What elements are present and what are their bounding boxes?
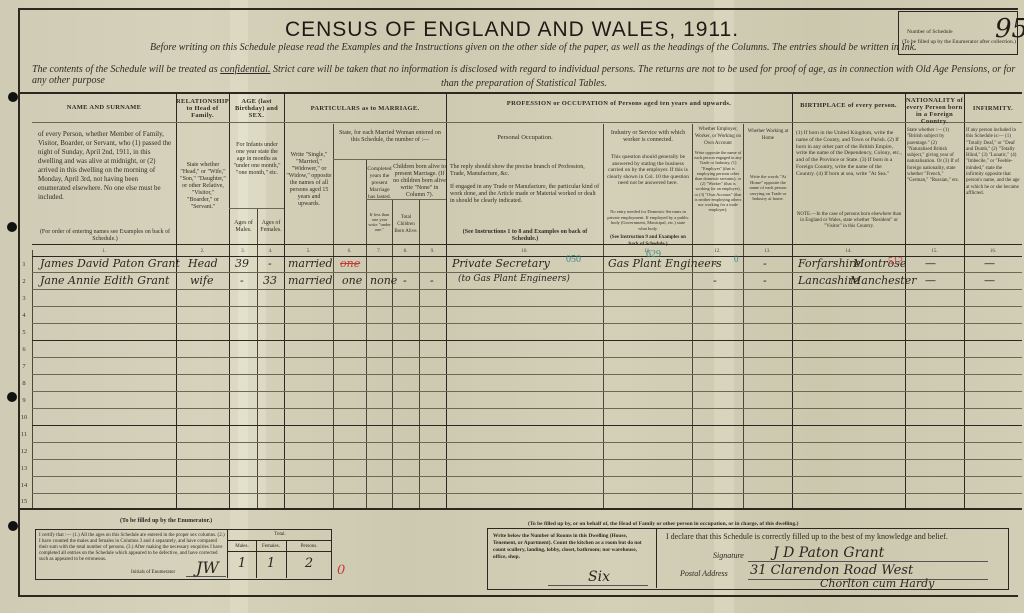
home-instructions: Write the words "At Home" opposite the n…	[745, 174, 791, 202]
header-relationship: RELATIONSHIP to Head of Family.	[176, 98, 229, 119]
name-instructions-note: (For order of entering names see Example…	[38, 229, 172, 243]
industry-note: (See Instruction 9 and Examples on back …	[606, 234, 690, 248]
home-label: Whether Working at Home	[745, 128, 791, 142]
row-number: 11	[18, 431, 30, 438]
age-instructions: For Infants under one year state the age…	[232, 142, 282, 177]
years-married: one	[340, 257, 360, 270]
employer-code: 0	[734, 254, 739, 264]
age-males-label: Ages of Males.	[230, 220, 257, 234]
birthplace-town: Manchester	[850, 274, 917, 287]
header-birthplace: BIRTHPLACE of every person.	[792, 102, 905, 109]
birthplace-county: Forfarshire	[798, 257, 861, 270]
industry-code: 629	[646, 249, 661, 260]
nationality: —	[925, 274, 936, 287]
person-name: Jane Annie Edith Grant	[40, 274, 169, 287]
header-nationality: NATIONALITY of every Person born in a Fo…	[905, 97, 964, 125]
household-table: NAME AND SURNAME RELATIONSHIP to Head of…	[18, 92, 1022, 510]
birthplace-code: 513	[888, 256, 903, 267]
age-male: 39	[235, 257, 249, 270]
punch-hole	[7, 222, 17, 232]
age-male: -	[240, 274, 244, 287]
initials-value: JW	[196, 558, 219, 577]
row-number: 6	[18, 346, 30, 353]
header-marriage: PARTICULARS as to MARRIAGE.	[284, 105, 446, 112]
postal-address-line2: Chorlton cum Hardy	[820, 577, 934, 590]
employer-status: -	[713, 274, 717, 287]
industry-label: Industry or Service with which worker is…	[606, 130, 690, 144]
postal-address-label: Postal Address	[680, 569, 728, 578]
schedule-number-box: Number of Schedule (To be filled up by t…	[898, 11, 1018, 55]
punch-hole	[7, 392, 17, 402]
header-name: NAME AND SURNAME	[32, 104, 176, 111]
children-total-label: Total Children Born Alive.	[393, 214, 419, 235]
relationship: wife	[190, 274, 214, 287]
industry-instructions: This question should generally be answer…	[606, 154, 690, 187]
marital-condition: married	[288, 274, 333, 287]
children-instructions: Children born alive to present Marriage.…	[393, 164, 446, 199]
signature-value: J D Paton Grant	[773, 545, 884, 561]
row-number: 1	[18, 261, 30, 268]
row-number: 13	[18, 465, 30, 472]
declaration-text: I declare that this Schedule is correctl…	[666, 532, 948, 541]
relationship-instructions: State whether "Head," or "Wife," "Son," …	[180, 162, 226, 211]
confidential-notice-line2: than the preparation of Statistical Tabl…	[441, 78, 607, 89]
employer-instructions: Write opposite the name of each person e…	[694, 150, 742, 212]
age-female: 33	[263, 274, 277, 287]
years-married-instructions: Completed years the present Marriage has…	[367, 166, 392, 201]
industry-instructions-2: No entry needed for Domestic Servants in…	[606, 209, 690, 231]
row-number: 14	[18, 482, 30, 489]
males-label: Males.	[228, 544, 256, 549]
children-died: -	[430, 274, 434, 287]
head-heading: (To be filled up by, or on behalf of, th…	[528, 521, 798, 527]
row-number: 3	[18, 295, 30, 302]
name-instructions: of every Person, whether Member of Famil…	[38, 130, 172, 202]
declaration-box: Write below the Number of Rooms in this …	[487, 528, 1009, 590]
nationality-instructions: State whether :— (1) "British subject by…	[907, 128, 963, 185]
punch-hole	[8, 92, 18, 102]
nationality: —	[925, 257, 936, 270]
person-name: James David Paton Grant	[40, 257, 180, 270]
persons-label: Persons.	[286, 544, 332, 549]
age-females-label: Ages of Females.	[258, 220, 284, 234]
industry: Gas Plant Engineers	[608, 257, 722, 270]
employer-label: Whether Employer, Worker, or Working on …	[694, 126, 742, 147]
infirmity: —	[984, 257, 995, 270]
schedule-number-value: 95	[995, 14, 1024, 44]
row-number: 15	[18, 498, 30, 505]
header-infirmity: INFIRMITY.	[964, 105, 1022, 112]
females-total: 1	[256, 556, 286, 571]
females-label: Females.	[256, 544, 286, 549]
row-number: 4	[18, 312, 30, 319]
punch-hole	[8, 521, 18, 531]
employer-status: -	[713, 257, 717, 270]
occupation: Private Secretary	[452, 257, 550, 270]
occupation-code: 050	[566, 254, 581, 265]
birthplace-note: NOTE.—In the case of persons born elsewh…	[796, 212, 902, 230]
row-number: 10	[18, 414, 30, 421]
married-woman-instructions: State, for each Married Woman entered on…	[334, 130, 446, 144]
males-total: 1	[228, 556, 256, 571]
years-married-note: If less than one year write "under one."	[367, 212, 392, 232]
persons-total: 2	[286, 556, 332, 571]
working-at-home: -	[763, 257, 767, 270]
personal-occupation-label: Personal Occupation.	[450, 134, 600, 141]
years-married: one	[342, 274, 362, 287]
rooms-value: Six	[588, 569, 610, 585]
rooms-instructions: Write below the Number of Rooms in this …	[493, 533, 648, 561]
initials-label: Initials of Enumerator	[131, 570, 175, 575]
children-total: none	[370, 274, 397, 287]
row-number: 2	[18, 278, 30, 285]
infirmity: —	[984, 274, 995, 287]
occupation: (to Gas Plant Engineers)	[458, 274, 570, 284]
personal-occupation-instructions-2: If engaged in any Trade or Manufacture, …	[450, 184, 600, 205]
personal-occupation-instructions: The reply should show the precise branch…	[450, 164, 600, 178]
relationship: Head	[188, 257, 218, 270]
header-occupation: PROFESSION or OCCUPATION of Persons aged…	[446, 100, 792, 107]
enumerator-heading: (To be filled up by the Enumerator.)	[120, 518, 212, 524]
row-number: 7	[18, 363, 30, 370]
totals-box: Total. Males. Females. Persons. 1 1 2	[227, 530, 332, 578]
red-check-mark: 0	[337, 563, 345, 578]
row-number: 9	[18, 397, 30, 404]
infirmity-instructions: If any person included in this Schedule …	[966, 128, 1021, 197]
signature-label: Signature	[713, 551, 744, 560]
row-number: 5	[18, 329, 30, 336]
marital-condition: married	[288, 257, 333, 270]
birthplace-instructions: (1) If born in the United Kingdom, write…	[796, 130, 902, 178]
page-title: CENSUS OF ENGLAND AND WALES, 1911.	[0, 18, 1024, 42]
postal-address-line1: 31 Clarendon Road West	[750, 563, 913, 578]
instruction-line: Before writing on this Schedule please r…	[150, 42, 917, 53]
header-age: AGE (last Birthday) and SEX.	[229, 98, 284, 119]
row-number: 12	[18, 448, 30, 455]
age-female: -	[268, 257, 272, 270]
enumerator-box: I certify that :— (1.) All the ages on t…	[35, 529, 332, 580]
totals-label: Total.	[228, 532, 332, 537]
row-number: 8	[18, 380, 30, 387]
condition-instructions: Write "Single," "Married," "Widower," or…	[286, 152, 332, 208]
working-at-home: -	[763, 274, 767, 287]
schedule-number-label: Number of Schedule	[907, 29, 953, 35]
children-living: -	[403, 274, 407, 287]
personal-occupation-note: (See Instructions 1 to 8 and Examples on…	[450, 229, 600, 243]
